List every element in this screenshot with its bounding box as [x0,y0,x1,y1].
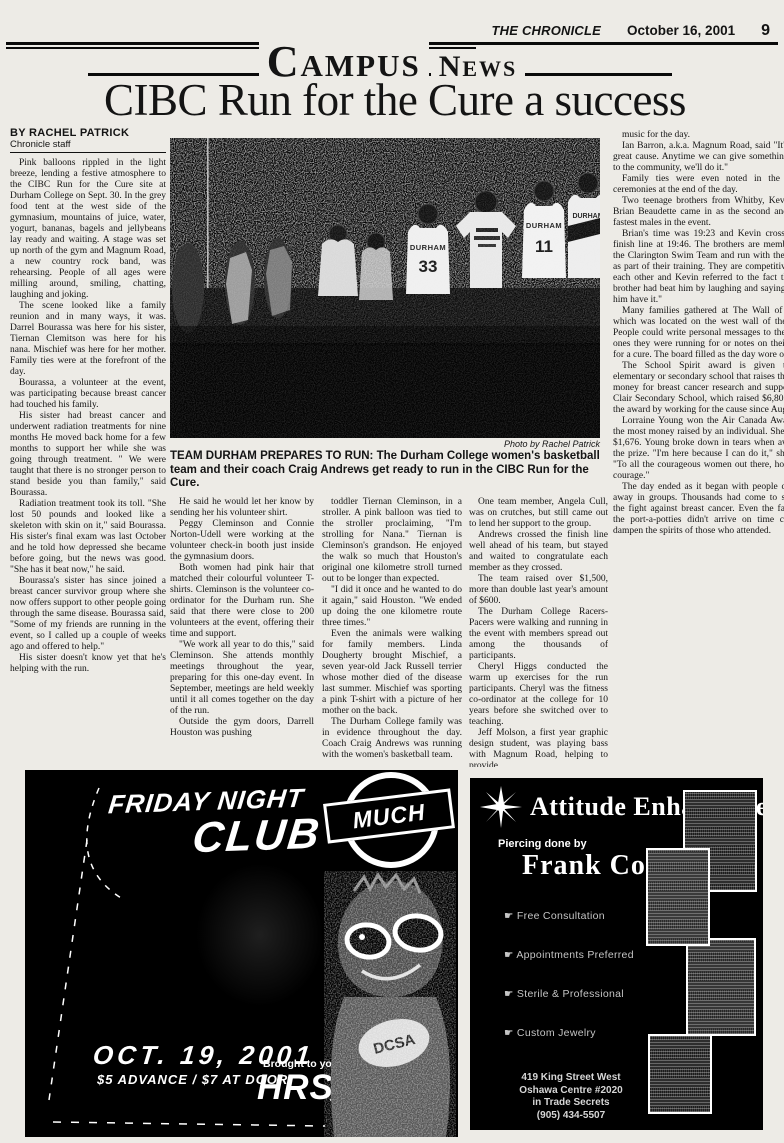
paragraph: Many families gathered at The Wall of Ho… [613,306,784,361]
article-column-1: BY RACHEL PATRICK Chronicle staff Pink b… [10,128,166,760]
paragraph: in Trade Secrets [478,1097,664,1110]
stage-glow [175,840,345,1030]
ad-photo-thumbnail [686,938,756,1036]
paragraph: The School Spirit award is given to the … [613,361,784,416]
paragraph: The Durham College family was in evidenc… [322,717,462,761]
paragraph: The day ended as it began with people dr… [613,482,784,537]
paragraph: Andrews crossed the finish line well ahe… [469,530,608,574]
paragraph: toddler Tiernan Cleminson, in a stroller… [322,497,462,585]
paragraph: His sister had breast cancer and underwe… [10,411,166,499]
paragraph: ☛ Appointments Preferred [504,949,650,961]
paragraph: Bourassa's sister has since joined a bre… [10,576,166,653]
paragraph: Pink balloons rippled in the light breez… [10,158,166,301]
article-text-col5: music for the day.Ian Barron, a.k.a. Mag… [613,130,784,537]
paragraph: Bourassa, a volunteer at the event, was … [10,378,166,411]
paragraph: His sister doesn't know yet that he's he… [10,653,166,675]
paragraph: Cheryl Higgs conducted the warm up exerc… [469,662,608,728]
friday-night-club-ad: FRIDAY NIGHT CLUB MUCH OCT. 19, 2001 $5 … [25,770,458,1137]
paragraph: (905) 434-5507 [478,1110,664,1123]
news-photo: DURHAM 33 DURHAM 11 [170,138,600,438]
paragraph: Family ties were even noted in the award… [613,174,784,196]
paragraph: Radiation treatment took its toll. "She … [10,499,166,576]
paragraph: One team member, Angela Cull, was on cru… [469,497,608,530]
paragraph: Oshawa Centre #2020 [478,1085,664,1098]
paragraph: Lorraine Young won the Air Canada Award … [613,416,784,482]
service-bullets: ☛ Free Consultation☛ Appointments Prefer… [504,910,650,1066]
ad-photo-thumbnail [648,1034,712,1114]
article-column-2: He said he would let her know by sending… [170,497,314,767]
paragraph: Peggy Cleminson and Connie Norton-Udell … [170,519,314,563]
much-logo: MUCH [325,770,451,860]
paragraph: ☛ Custom Jewelry [504,1027,650,1039]
article-column-3: toddler Tiernan Cleminson, in a stroller… [322,497,462,767]
byline-author: BY RACHEL PATRICK [10,128,166,139]
starburst-icon [480,786,522,828]
photo-caption: TEAM DURHAM PREPARES TO RUN: The Durham … [170,450,600,491]
paragraph: ☛ Free Consultation [504,910,650,922]
paragraph: The Durham College Racers-Pacers were wa… [469,607,608,662]
attitude-enhancement-ad: Attitude Enhancement Piercing done by Fr… [470,778,763,1130]
newspaper-page: THE CHRONICLE October 16, 2001 9 CAMPUSN… [0,0,784,1143]
paragraph: music for the day. [613,130,784,141]
paragraph: "I did it once and he wanted to do it ag… [322,585,462,629]
paragraph: Outside the gym doors, Darrell Houston w… [170,717,314,739]
photo-block: DURHAM 33 DURHAM 11 [170,138,600,491]
paragraph: Even the animals were walking for family… [322,629,462,717]
paragraph: 419 King Street West [478,1072,664,1085]
ad-photo-thumbnail [646,848,710,946]
byline-credit: Chronicle staff [10,139,166,153]
paragraph: Two teenage brothers from Whitby, Kevin … [613,196,784,229]
article-column-4: One team member, Angela Cull, was on cru… [469,497,608,767]
paragraph: Brian's time was 19:23 and Kevin crossed… [613,229,784,306]
paragraph: Ian Barron, a.k.a. Magnum Road, said "It… [613,141,784,174]
article-column-5: music for the day.Ian Barron, a.k.a. Mag… [613,130,784,770]
paragraph: ☛ Sterile & Professional [504,988,650,1000]
paragraph: The team raised over $1,500, more than d… [469,574,608,607]
team-photo-illustration: DURHAM 33 DURHAM 11 [170,138,600,438]
alien-illustration: DCSA [324,871,456,1137]
headline: CIBC Run for the Cure a success [38,74,752,126]
piercing-subtitle: Piercing done by [498,838,587,850]
paragraph: "We work all year to do this," said Clem… [170,640,314,717]
address-block: 419 King Street WestOshawa Centre #2020i… [478,1072,664,1122]
paragraph: Jeff Molson, a first year graphic design… [469,728,608,767]
article-text-col1: Pink balloons rippled in the light breez… [10,158,166,675]
paragraph: The scene looked like a family reunion a… [10,301,166,378]
paragraph: He said he would let her know by sending… [170,497,314,519]
photo-credit: Photo by Rachel Patrick [170,439,600,449]
club-title: CLUB [190,810,323,863]
paragraph: Both women had pink hair that matched th… [170,563,314,640]
